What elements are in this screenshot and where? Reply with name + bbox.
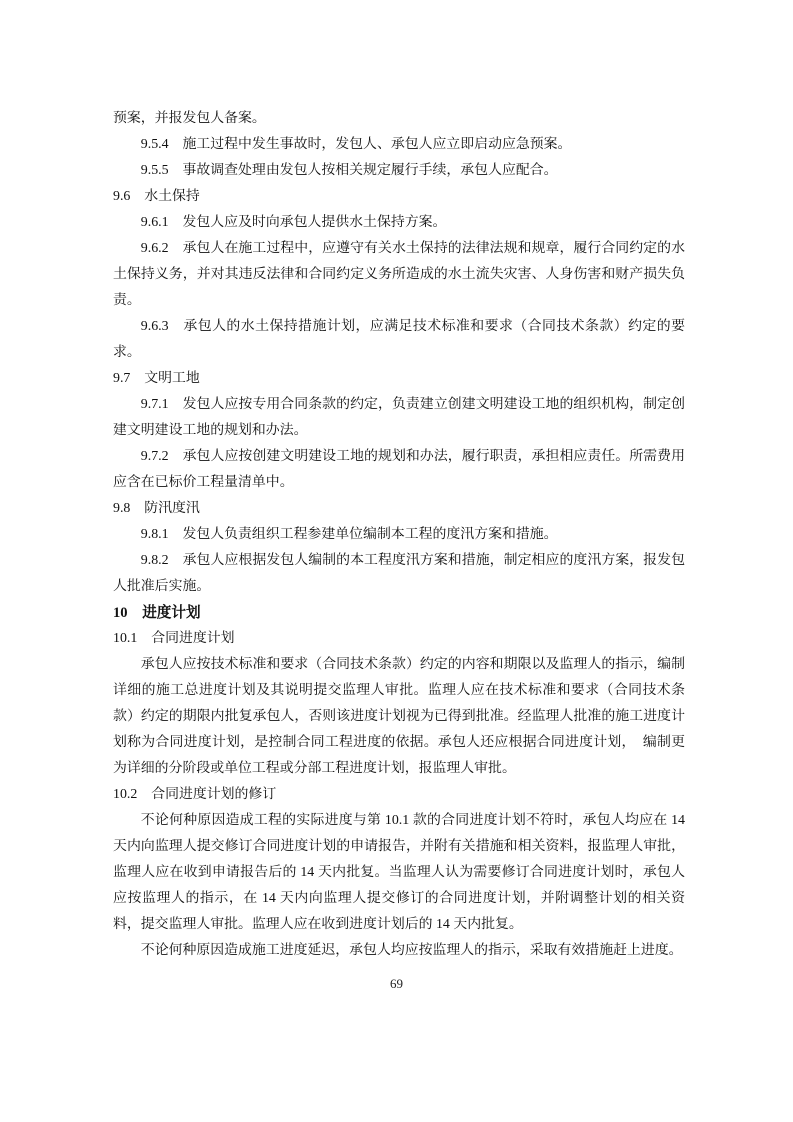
section-heading-9-6: 9.6 水土保持 [113,184,685,210]
clause-9-8-1: 9.8.1 发包人负责组织工程参建单位编制本工程的度汛方案和措施。 [113,522,685,548]
clause-9-6-3: 9.6.3 承包人的水土保持措施计划，应满足技术标准和要求（合同技术条款）约定的… [113,314,685,366]
clause-9-6-1: 9.6.1 发包人应及时向承包人提供水土保持方案。 [113,210,685,236]
paragraph-9-8-2: 9.8.2 承包人应根据发包人编制的本工程度汛方案和措施，制定相应的度汛方案，报… [113,548,685,600]
section-heading-10-2: 10.2 合同进度计划的修订 [113,782,685,808]
paragraph-10-2-body: 不论何种原因造成工程的实际进度与第 10.1 款的合同进度计划不符时，承包人均应… [113,808,685,938]
document-content: 预案，并报发包人备案。 9.5.4 施工过程中发生事故时，发包人、承包人应立即启… [113,106,685,964]
section-heading-9-8: 9.8 防汛度汛 [113,496,685,522]
paragraph-9-6-2: 9.6.2 承包人在施工过程中，应遵守有关水土保持的法律法规和规章，履行合同约定… [113,236,685,314]
paragraph-9-7-2: 9.7.2 承包人应按创建文明建设工地的规划和办法，履行职责，承担相应责任。所需… [113,444,685,496]
clause-9-5-4: 9.5.4 施工过程中发生事故时，发包人、承包人应立即启动应急预案。 [113,132,685,158]
clause-9-5-5: 9.5.5 事故调查处理由发包人按相关规定履行手续，承包人应配合。 [113,158,685,184]
section-heading-9-7: 9.7 文明工地 [113,366,685,392]
paragraph-9-7-1: 9.7.1 发包人应按专用合同条款的约定，负责建立创建文明建设工地的组织机构，制… [113,392,685,444]
paragraph-continuation: 预案，并报发包人备案。 [113,106,685,132]
document-page: 预案，并报发包人备案。 9.5.4 施工过程中发生事故时，发包人、承包人应立即启… [0,0,793,1122]
chapter-heading-10: 10 进度计划 [113,600,685,626]
section-heading-10-1: 10.1 合同进度计划 [113,626,685,652]
page-number: 69 [0,976,793,992]
paragraph-10-2-closing: 不论何种原因造成施工进度延迟，承包人均应按监理人的指示，采取有效措施赶上进度。 [113,938,685,964]
paragraph-10-1-body: 承包人应按技术标准和要求（合同技术条款）约定的内容和期限以及监理人的指示，编制详… [113,652,685,782]
